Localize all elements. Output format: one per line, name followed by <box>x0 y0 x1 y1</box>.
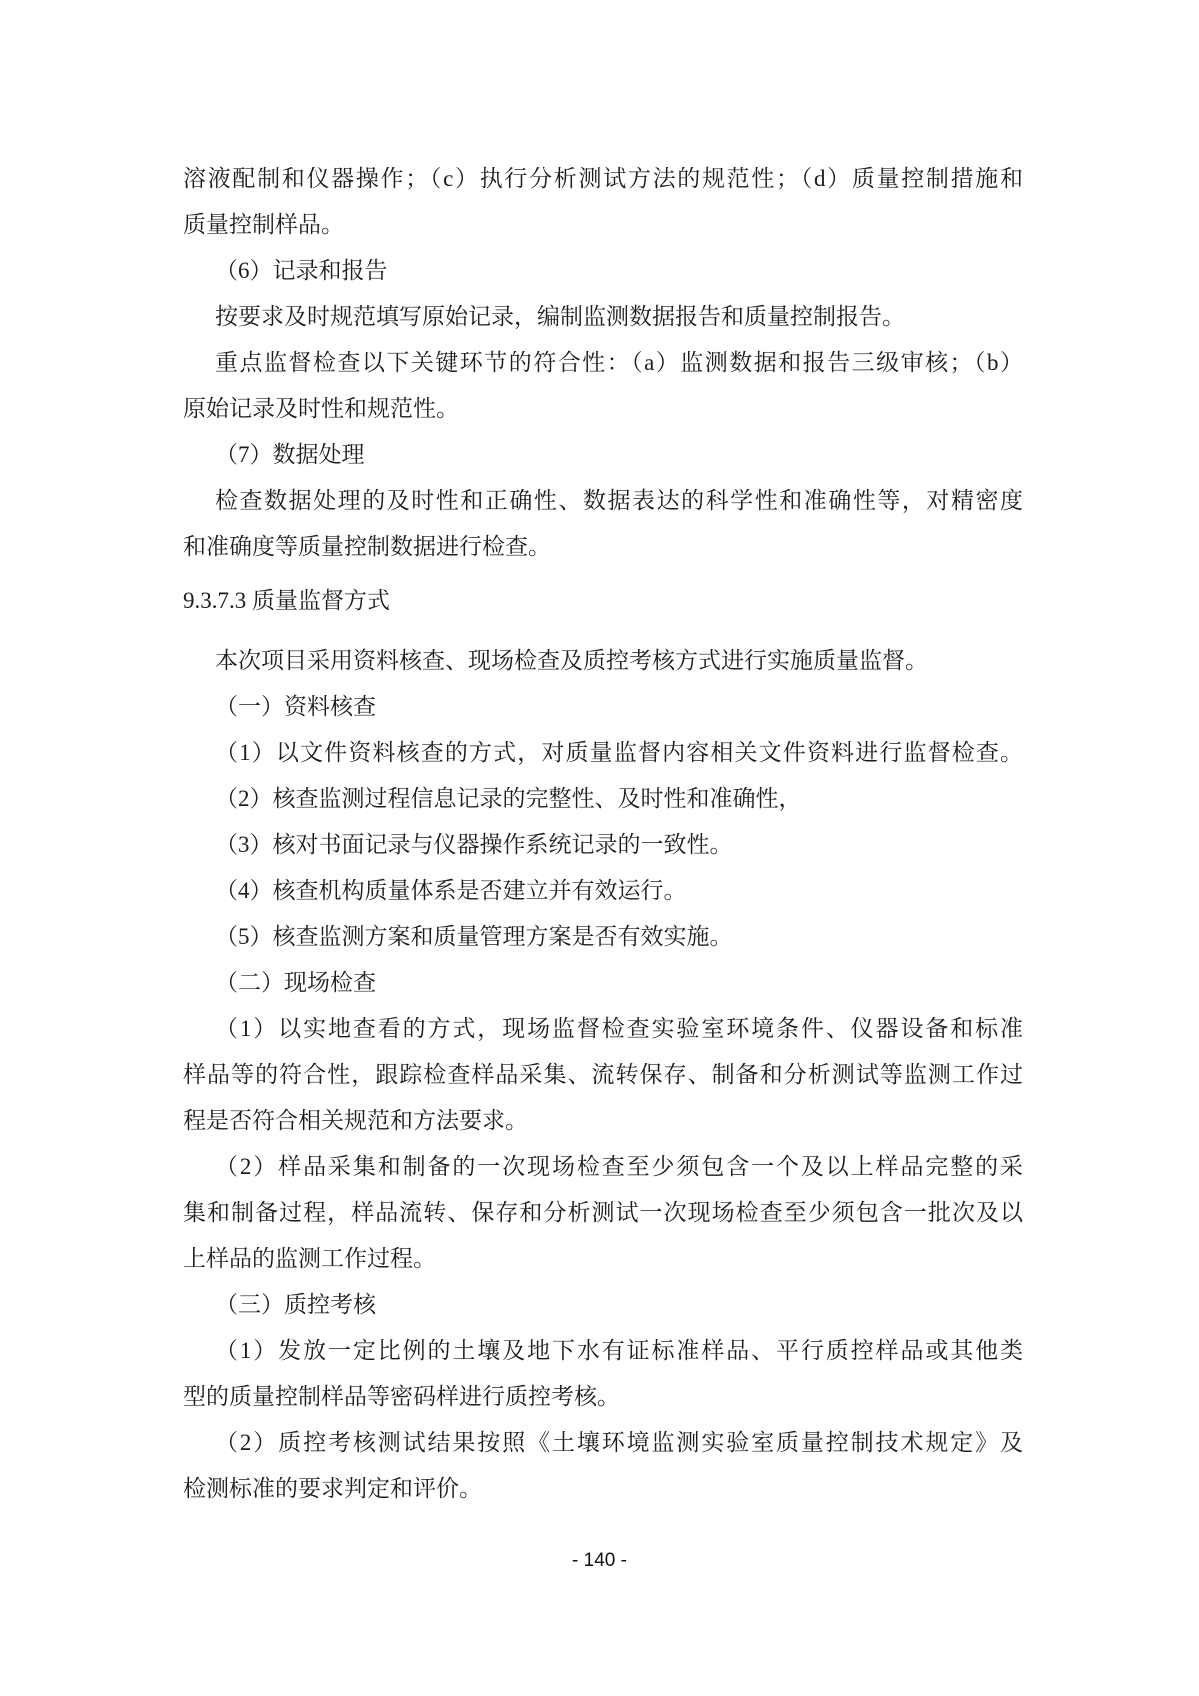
text-line: 重点监督检查以下关键环节的符合性：（a）监测数据和报告三级审核；（b） <box>183 340 1023 386</box>
text-line: 检测标准的要求判定和评价。 <box>183 1466 1023 1512</box>
text-line: （1）以文件资料核查的方式，对质量监督内容相关文件资料进行监督检查。 <box>183 730 1023 776</box>
text-line: 程是否符合相关规范和方法要求。 <box>183 1098 1023 1144</box>
text-line: 原始记录及时性和规范性。 <box>183 386 1023 432</box>
text-line: （2）样品采集和制备的一次现场检查至少须包含一个及以上样品完整的采 <box>183 1144 1023 1190</box>
text-line: （1）以实地查看的方式，现场监督检查实验室环境条件、仪器设备和标准 <box>183 1006 1023 1052</box>
text-line: （一）资料核查 <box>183 684 1023 730</box>
text-line: （2）质控考核测试结果按照《土壤环境监测实验室质量控制技术规定》及 <box>183 1420 1023 1466</box>
text-line: 上样品的监测工作过程。 <box>183 1236 1023 1282</box>
text-line: （2）核查监测过程信息记录的完整性、及时性和准确性， <box>183 776 1023 822</box>
text-line: （3）核对书面记录与仪器操作系统记录的一致性。 <box>183 822 1023 868</box>
text-line: 质量控制样品。 <box>183 202 1023 248</box>
text-line: 集和制备过程，样品流转、保存和分析测试一次现场检查至少须包含一批次及以 <box>183 1190 1023 1236</box>
text-block: 溶液配制和仪器操作；（c）执行分析测试方法的规范性；（d）质量控制措施和 质量控… <box>183 156 1023 1512</box>
text-line: 按要求及时规范填写原始记录，编制监测数据报告和质量控制报告。 <box>183 294 1023 340</box>
text-line: （5）核查监测方案和质量管理方案是否有效实施。 <box>183 914 1023 960</box>
text-line: （7）数据处理 <box>183 432 1023 478</box>
page-number: - 140 - <box>0 1550 1199 1572</box>
text-line: （4）核查机构质量体系是否建立并有效运行。 <box>183 868 1023 914</box>
text-line: 样品等的符合性，跟踪检查样品采集、流转保存、制备和分析测试等监测工作过 <box>183 1052 1023 1098</box>
text-line: （二）现场检查 <box>183 960 1023 1006</box>
text-line: 溶液配制和仪器操作；（c）执行分析测试方法的规范性；（d）质量控制措施和 <box>183 156 1023 202</box>
text-line: （1）发放一定比例的土壤及地下水有证标准样品、平行质控样品或其他类 <box>183 1328 1023 1374</box>
text-line: 检查数据处理的及时性和正确性、数据表达的科学性和准确性等，对精密度 <box>183 478 1023 524</box>
text-line: （6）记录和报告 <box>183 248 1023 294</box>
text-line: 和准确度等质量控制数据进行检查。 <box>183 524 1023 570</box>
document-page: 溶液配制和仪器操作；（c）执行分析测试方法的规范性；（d）质量控制措施和 质量控… <box>0 0 1199 1696</box>
text-line: 本次项目采用资料核查、现场检查及质控考核方式进行实施质量监督。 <box>183 638 1023 684</box>
section-heading: 9.3.7.3 质量监督方式 <box>183 578 1023 624</box>
text-line: （三）质控考核 <box>183 1282 1023 1328</box>
text-line: 型的质量控制样品等密码样进行质控考核。 <box>183 1374 1023 1420</box>
